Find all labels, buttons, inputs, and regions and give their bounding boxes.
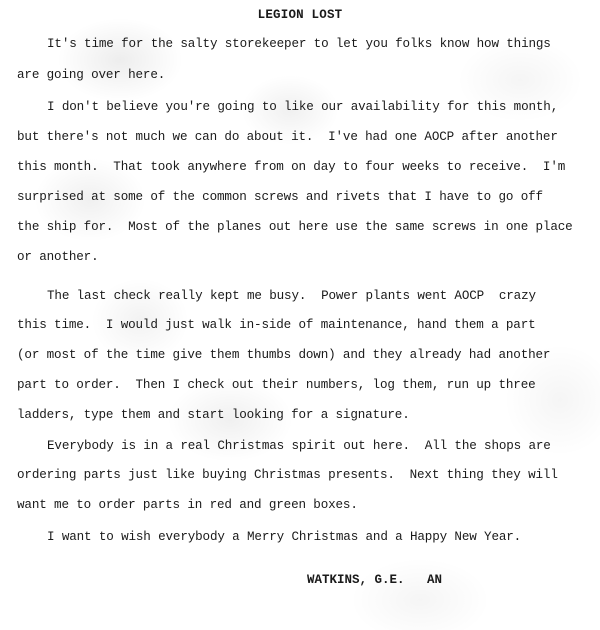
paragraph-4-line-3: want me to order parts in red and green …: [17, 498, 358, 512]
paragraph-2-line-5: the ship for. Most of the planes out her…: [17, 220, 573, 234]
paragraph-3-line-4: part to order. Then I check out their nu…: [17, 378, 536, 392]
paragraph-1-line-2: are going over here.: [17, 68, 165, 82]
paragraph-2-line-3: this month. That took anywhere from on d…: [17, 160, 565, 174]
paragraph-2-line-6: or another.: [17, 250, 98, 264]
paragraph-5-line-1: I want to wish everybody a Merry Christm…: [47, 530, 521, 544]
paragraph-4-line-2: ordering parts just like buying Christma…: [17, 468, 558, 482]
paragraph-2-line-4: surprised at some of the common screws a…: [17, 190, 543, 204]
signature: WATKINS, G.E. AN: [307, 573, 442, 587]
document-page: LEGION LOST It's time for the salty stor…: [0, 0, 600, 630]
paragraph-4-line-1: Everybody is in a real Christmas spirit …: [47, 439, 551, 453]
paragraph-2-line-2: but there's not much we can do about it.…: [17, 130, 558, 144]
document-title: LEGION LOST: [0, 8, 600, 22]
paragraph-2-line-1: I don't believe you're going to like our…: [47, 100, 558, 114]
paragraph-1-line-1: It's time for the salty storekeeper to l…: [47, 37, 551, 51]
paragraph-3-line-1: The last check really kept me busy. Powe…: [47, 289, 536, 303]
paragraph-3-line-5: ladders, type them and start looking for…: [17, 408, 410, 422]
paragraph-3-line-2: this time. I would just walk in-side of …: [17, 318, 536, 332]
paragraph-3-line-3: (or most of the time give them thumbs do…: [17, 348, 550, 362]
